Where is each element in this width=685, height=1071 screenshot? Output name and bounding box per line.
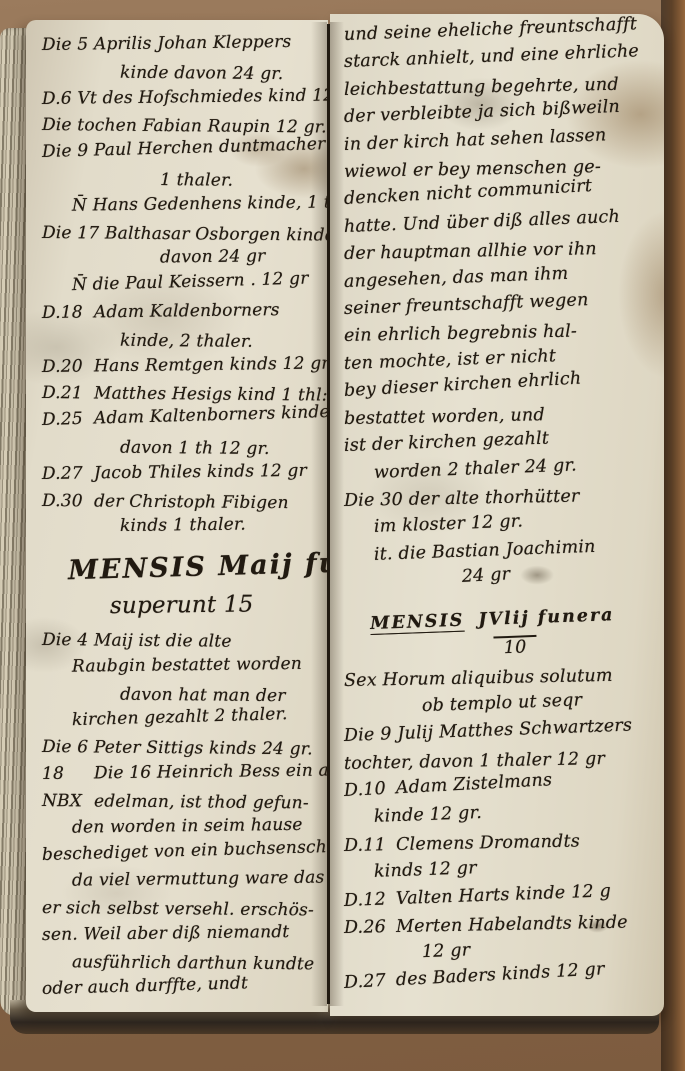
line-text: oder auch durffte, undt — [42, 973, 249, 999]
manuscript-line: da viel vermuttung ware das — [42, 865, 328, 895]
manuscript-line: D.18Adam Kaldenborners — [42, 296, 328, 326]
margin-label: D.21 — [42, 380, 94, 407]
manuscript-line: MENSIS Maij funera — [41, 533, 328, 591]
line-text: worden 2 thaler 24 gr. — [374, 455, 578, 482]
line-text: superunt 15 — [110, 592, 254, 620]
manuscript-line: D.27Jacob Thiles kinds 12 gr — [42, 457, 328, 487]
line-text: Adam Kaldenborners — [94, 300, 280, 322]
line-text: angesehen, das man ihm — [344, 263, 569, 291]
line-text: ob templo ut seqr — [422, 690, 583, 716]
margin-label: D.30 — [42, 488, 94, 515]
line-text: edelman, ist thod gefun- — [94, 791, 309, 813]
line-text: bestattet worden, und — [344, 405, 545, 429]
line-text: Valten Harts kinde 12 g — [396, 881, 612, 909]
line-text: Die 4 Maij ist die alte — [42, 630, 232, 652]
margin-label: D.11 — [344, 832, 397, 860]
line-text: den worden in seim hause — [72, 815, 303, 838]
right-page-manuscript: und seine eheliche freuntschafftstarck a… — [330, 14, 664, 1016]
line-text: 10 — [493, 635, 536, 659]
manuscript-line: N̄ Hans Gedenhens kinde, 1 thaler. — [42, 189, 328, 219]
open-book: Die 5 Aprilis Johan Klepperskinde davon … — [0, 0, 685, 1071]
line-text: kinde 12 gr. — [374, 803, 483, 827]
margin-label: D.18 — [42, 299, 94, 326]
line-text: beschediget von ein buchsenschus, — [42, 836, 353, 865]
margin-label: D.25 — [42, 406, 95, 434]
line-text: 1 thaler. — [160, 170, 233, 191]
line-text: er sich selbst versehl. erschös- — [42, 898, 314, 920]
line-text: Adam Kaltenborners kinde — [94, 402, 330, 429]
line-text: Hans Remtgen kinds 12 gr. — [94, 353, 334, 376]
right-page-text: und seine eheliche freuntschafftstarck a… — [344, 22, 664, 997]
line-text: sen. Weil aber diß niemandt — [42, 922, 290, 945]
line-text: Clemens Dromandts — [396, 831, 580, 855]
line-text: kinde davon 24 gr. — [120, 62, 284, 83]
manuscript-line: Raubgin bestattet worden — [42, 650, 328, 680]
line-text: Adam Zistelmans — [395, 770, 552, 798]
manuscript-line: D.6 Vt des Hofschmiedes kind 12 gr — [42, 82, 328, 112]
manuscript-line: D.20Hans Remtgen kinds 12 gr. — [42, 350, 328, 380]
book-cover-edge-right — [661, 0, 685, 1071]
line-text: kinds 12 gr — [374, 858, 477, 882]
gutter-shadow-left — [311, 22, 327, 1006]
margin-label: D.10 — [343, 775, 396, 805]
line-text: da viel vermuttung ware das — [72, 868, 325, 891]
line-text: im kloster 12 gr. — [374, 512, 524, 537]
manuscript-line: superunt 15 — [42, 588, 328, 627]
line-text: Die 5 Aprilis Johan Kleppers — [42, 32, 292, 55]
line-text: seiner freuntschafft wegen — [344, 290, 589, 319]
line-text: davon 1 th 12 gr. — [120, 438, 270, 459]
line-text: davon 24 gr — [160, 247, 266, 268]
line-text: der Christoph Fibigen — [94, 491, 289, 513]
line-text: Raubgin bestattet worden — [72, 654, 302, 677]
manuscript-line: Die 5 Aprilis Johan Kleppers — [42, 29, 328, 59]
line-text: Die 17 Balthasar Osborgen kinde — [42, 223, 335, 246]
margin-label: D.20 — [42, 353, 94, 380]
margin-label: D.27 — [42, 460, 94, 487]
line-text: Jacob Thiles kinds 12 gr — [94, 461, 307, 484]
left-page-manuscript: Die 5 Aprilis Johan Klepperskinde davon … — [26, 20, 328, 1012]
line-text: ist der kirchen gezahlt — [344, 429, 550, 457]
line-text: kinds 1 thaler. — [120, 515, 246, 537]
line-text: JVlij funera — [478, 605, 615, 630]
line-text: N̄ die Paul Keissern . 12 gr — [72, 269, 309, 296]
margin-label: NBX — [42, 788, 94, 815]
gutter-shadow-right — [330, 22, 344, 1006]
line-text: Die 9 Paul Herchen duntmacher — [42, 134, 326, 162]
margin-label: MENSIS — [370, 607, 465, 638]
margin-label: D.12 — [343, 886, 396, 915]
line-text: 24 gr — [461, 564, 510, 587]
line-text: 12 gr — [422, 941, 471, 963]
left-page-text: Die 5 Aprilis Johan Klepperskinde davon … — [42, 32, 328, 1002]
margin-label: D.26 — [344, 914, 397, 942]
margin-label: D.27 — [343, 967, 396, 997]
line-text: kirchen gezahlt 2 thaler. — [72, 704, 288, 730]
manuscript-line: sen. Weil aber diß niemandt — [42, 918, 328, 948]
line-text: kinde, 2 thaler. — [120, 330, 253, 351]
margin-label: 18 — [42, 760, 94, 787]
line-text: Die 6 Peter Sittigs kinds 24 gr. — [42, 737, 313, 759]
manuscript-line: 18Die 16 Heinrich Bess ein alter — [42, 758, 328, 788]
book-photo: { "colors":{ "ink":"#211a11", "paper":"#… — [0, 0, 685, 1071]
